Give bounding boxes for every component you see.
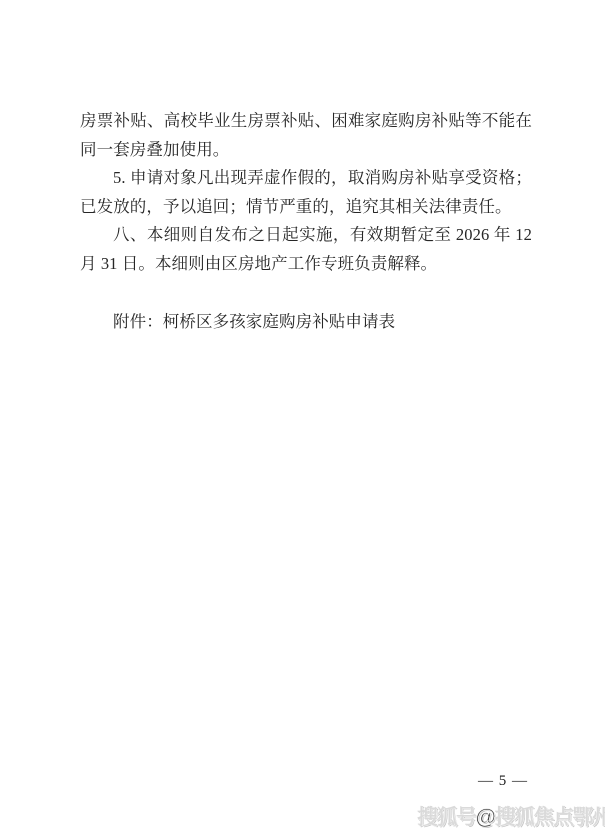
document-body: 房票补贴、高校毕业生房票补贴、困难家庭购房补贴等不能在同一套房叠加使用。 5. … <box>80 107 532 336</box>
page-number: — 5 — <box>468 773 538 790</box>
paragraph-clause-5: 5. 申请对象凡出现弄虚作假的，取消购房补贴享受资格；已发放的，予以追回；情节严… <box>80 164 532 221</box>
paragraph-clause-8: 八、本细则自发布之日起实施，有效期暂定至 2026 年 12 月 31 日。本细… <box>80 221 532 278</box>
sohu-watermark: 搜狐号@搜狐焦点鄂州站 <box>417 801 605 831</box>
attachment-line: 附件：柯桥区多孩家庭购房补贴申请表 <box>80 308 532 337</box>
paragraph-overflow: 房票补贴、高校毕业生房票补贴、困难家庭购房补贴等不能在同一套房叠加使用。 <box>80 107 532 164</box>
document-page: 房票补贴、高校毕业生房票补贴、困难家庭购房补贴等不能在同一套房叠加使用。 5. … <box>0 0 605 837</box>
